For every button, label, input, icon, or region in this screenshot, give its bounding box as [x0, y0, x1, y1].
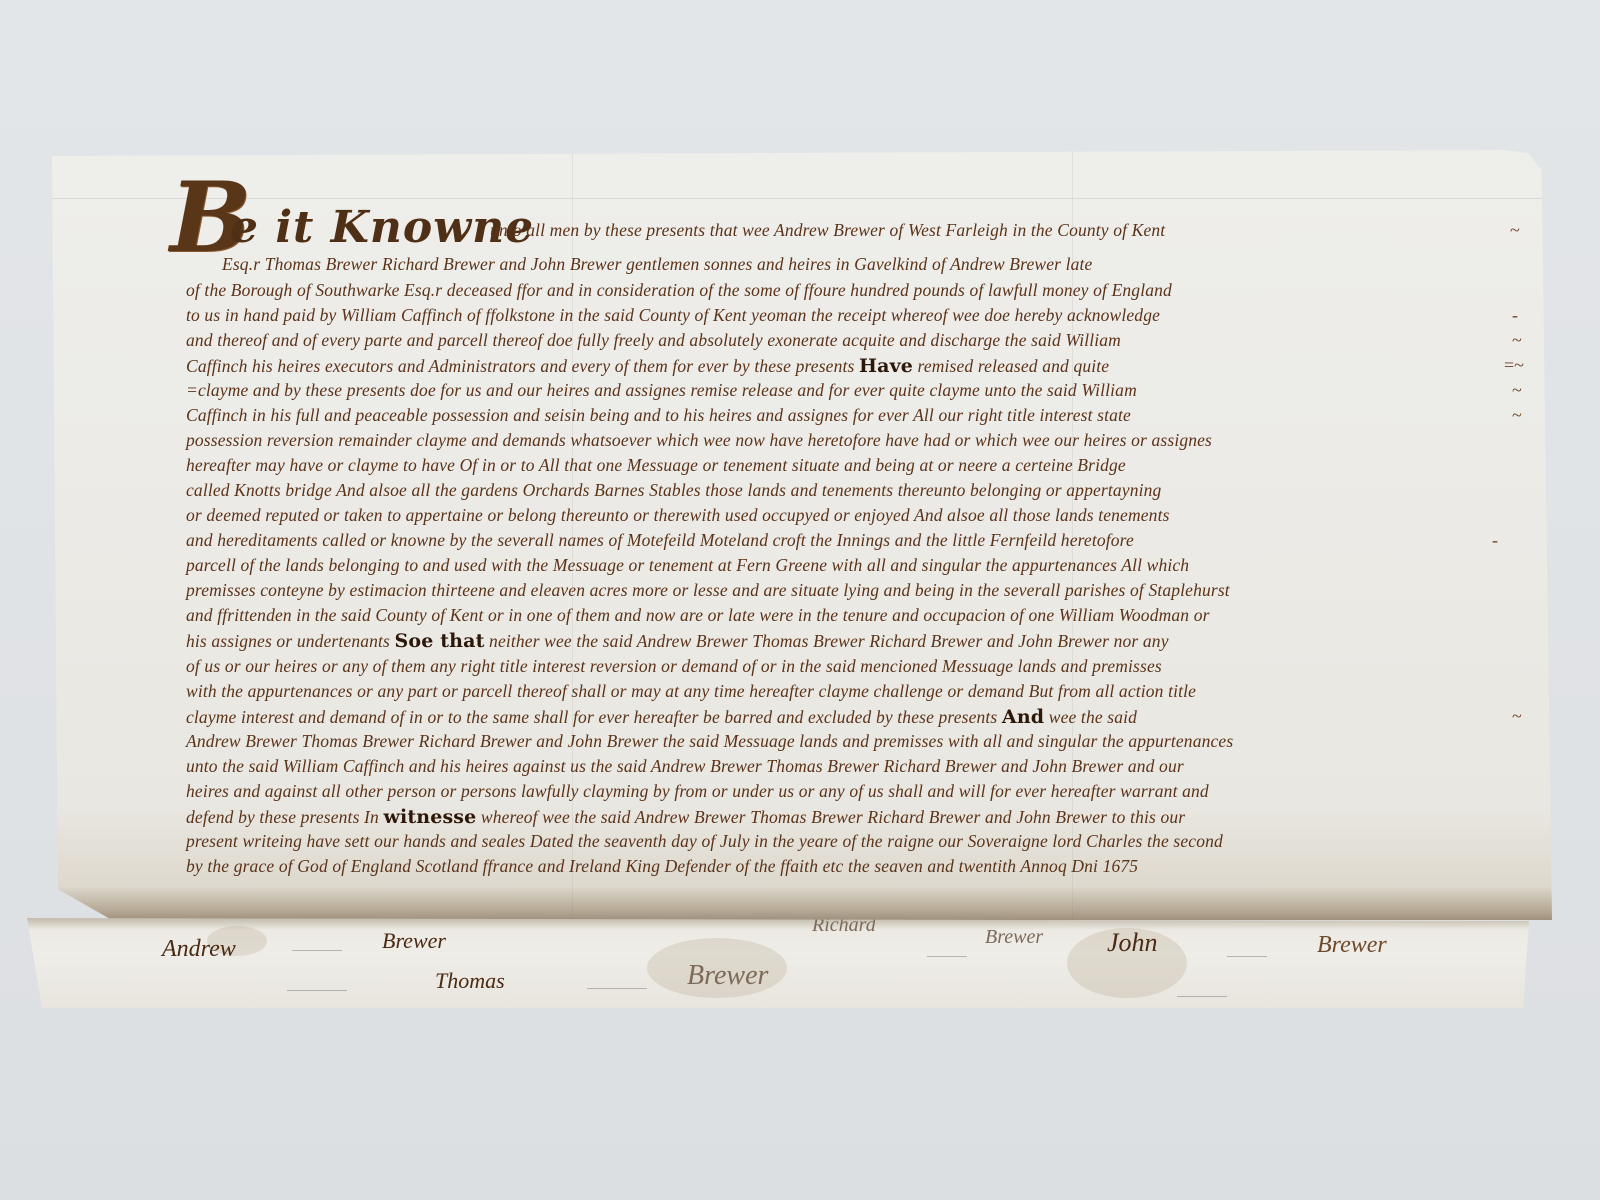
- text-line: of the Borough of Southwarke Esq.r decea…: [186, 280, 1172, 301]
- opening-words: e it Knowne: [230, 202, 534, 253]
- signature-brewer-3: Brewer: [985, 926, 1043, 949]
- text-line: Andrew Brewer Thomas Brewer Richard Brew…: [186, 731, 1233, 752]
- signature-strip: Andrew Brewer Thomas Brewer Richard Brew…: [27, 918, 1529, 1008]
- text-line: and ffrittenden in the said County of Ke…: [186, 605, 1210, 626]
- text-line: by the grace of God of England Scotland …: [186, 856, 1138, 877]
- line-filler-mark: -: [1492, 530, 1498, 551]
- signature-brewer-1: Brewer: [382, 928, 446, 954]
- text-line: premisses conteyne by estimacion thirtee…: [186, 580, 1230, 601]
- text-line: and thereof and of every parte and parce…: [186, 330, 1121, 351]
- text-line: heires and against all other person or p…: [186, 781, 1209, 802]
- signature-rule: [292, 950, 342, 951]
- text-line: to us in hand paid by William Caffinch o…: [186, 305, 1160, 326]
- emphasized-word: Have: [859, 355, 913, 377]
- text-line: present writeing have sett our hands and…: [186, 831, 1223, 852]
- text-line: Caffinch in his full and peaceable posse…: [186, 405, 1131, 426]
- text-line: =clayme and by these presents doe for us…: [186, 380, 1137, 401]
- text-line: unto all men by these presents that wee …: [490, 220, 1165, 241]
- text-line: clayme interest and demand of in or to t…: [186, 706, 1137, 728]
- text-line: possession reversion remainder clayme an…: [186, 430, 1212, 451]
- signature-rule: [287, 990, 347, 991]
- text-line: hereafter may have or clayme to have Of …: [186, 455, 1126, 476]
- text-line: unto the said William Caffinch and his h…: [186, 756, 1184, 777]
- signature-john: John: [1107, 928, 1158, 958]
- line-filler-mark: ~: [1510, 220, 1520, 241]
- text-line: or deemed reputed or taken to appertaine…: [186, 505, 1170, 526]
- text-line: Caffinch his heires executors and Admini…: [186, 355, 1109, 377]
- text-line: parcell of the lands belonging to and us…: [186, 555, 1189, 576]
- text-line: called Knotts bridge And alsoe all the g…: [186, 480, 1161, 501]
- signature-brewer-2: Brewer: [687, 960, 768, 992]
- emphasized-word: And: [1002, 706, 1044, 728]
- emphasized-word: witnesse: [383, 806, 476, 828]
- line-filler-mark: ~: [1512, 706, 1522, 727]
- parchment-deed: B e it Knowne unto all men by these pres…: [52, 150, 1552, 920]
- signature-thomas: Thomas: [435, 968, 505, 994]
- signature-brewer-4: Brewer: [1317, 932, 1387, 959]
- line-filler-mark: ~: [1512, 330, 1522, 351]
- text-line: with the appurtenances or any part or pa…: [186, 681, 1196, 702]
- signature-rule: [927, 956, 967, 957]
- text-line: of us or our heires or any of them any r…: [186, 656, 1162, 677]
- text-line: Esq.r Thomas Brewer Richard Brewer and J…: [222, 254, 1092, 275]
- signature-rule: [1177, 996, 1227, 997]
- signature-rule: [1227, 956, 1267, 957]
- text-line: and hereditaments called or knowne by th…: [186, 530, 1134, 551]
- line-filler-mark: =~: [1504, 355, 1524, 376]
- signature-andrew: Andrew: [162, 936, 236, 963]
- text-line: defend by these presents In witnesse whe…: [186, 806, 1185, 828]
- line-filler-mark: -: [1512, 305, 1518, 326]
- signature-rule: [587, 988, 647, 989]
- line-filler-mark: ~: [1512, 405, 1522, 426]
- emphasized-word: Soe that: [395, 630, 485, 652]
- line-filler-mark: ~: [1512, 380, 1522, 401]
- text-line: his assignes or undertenants Soe that ne…: [186, 630, 1169, 652]
